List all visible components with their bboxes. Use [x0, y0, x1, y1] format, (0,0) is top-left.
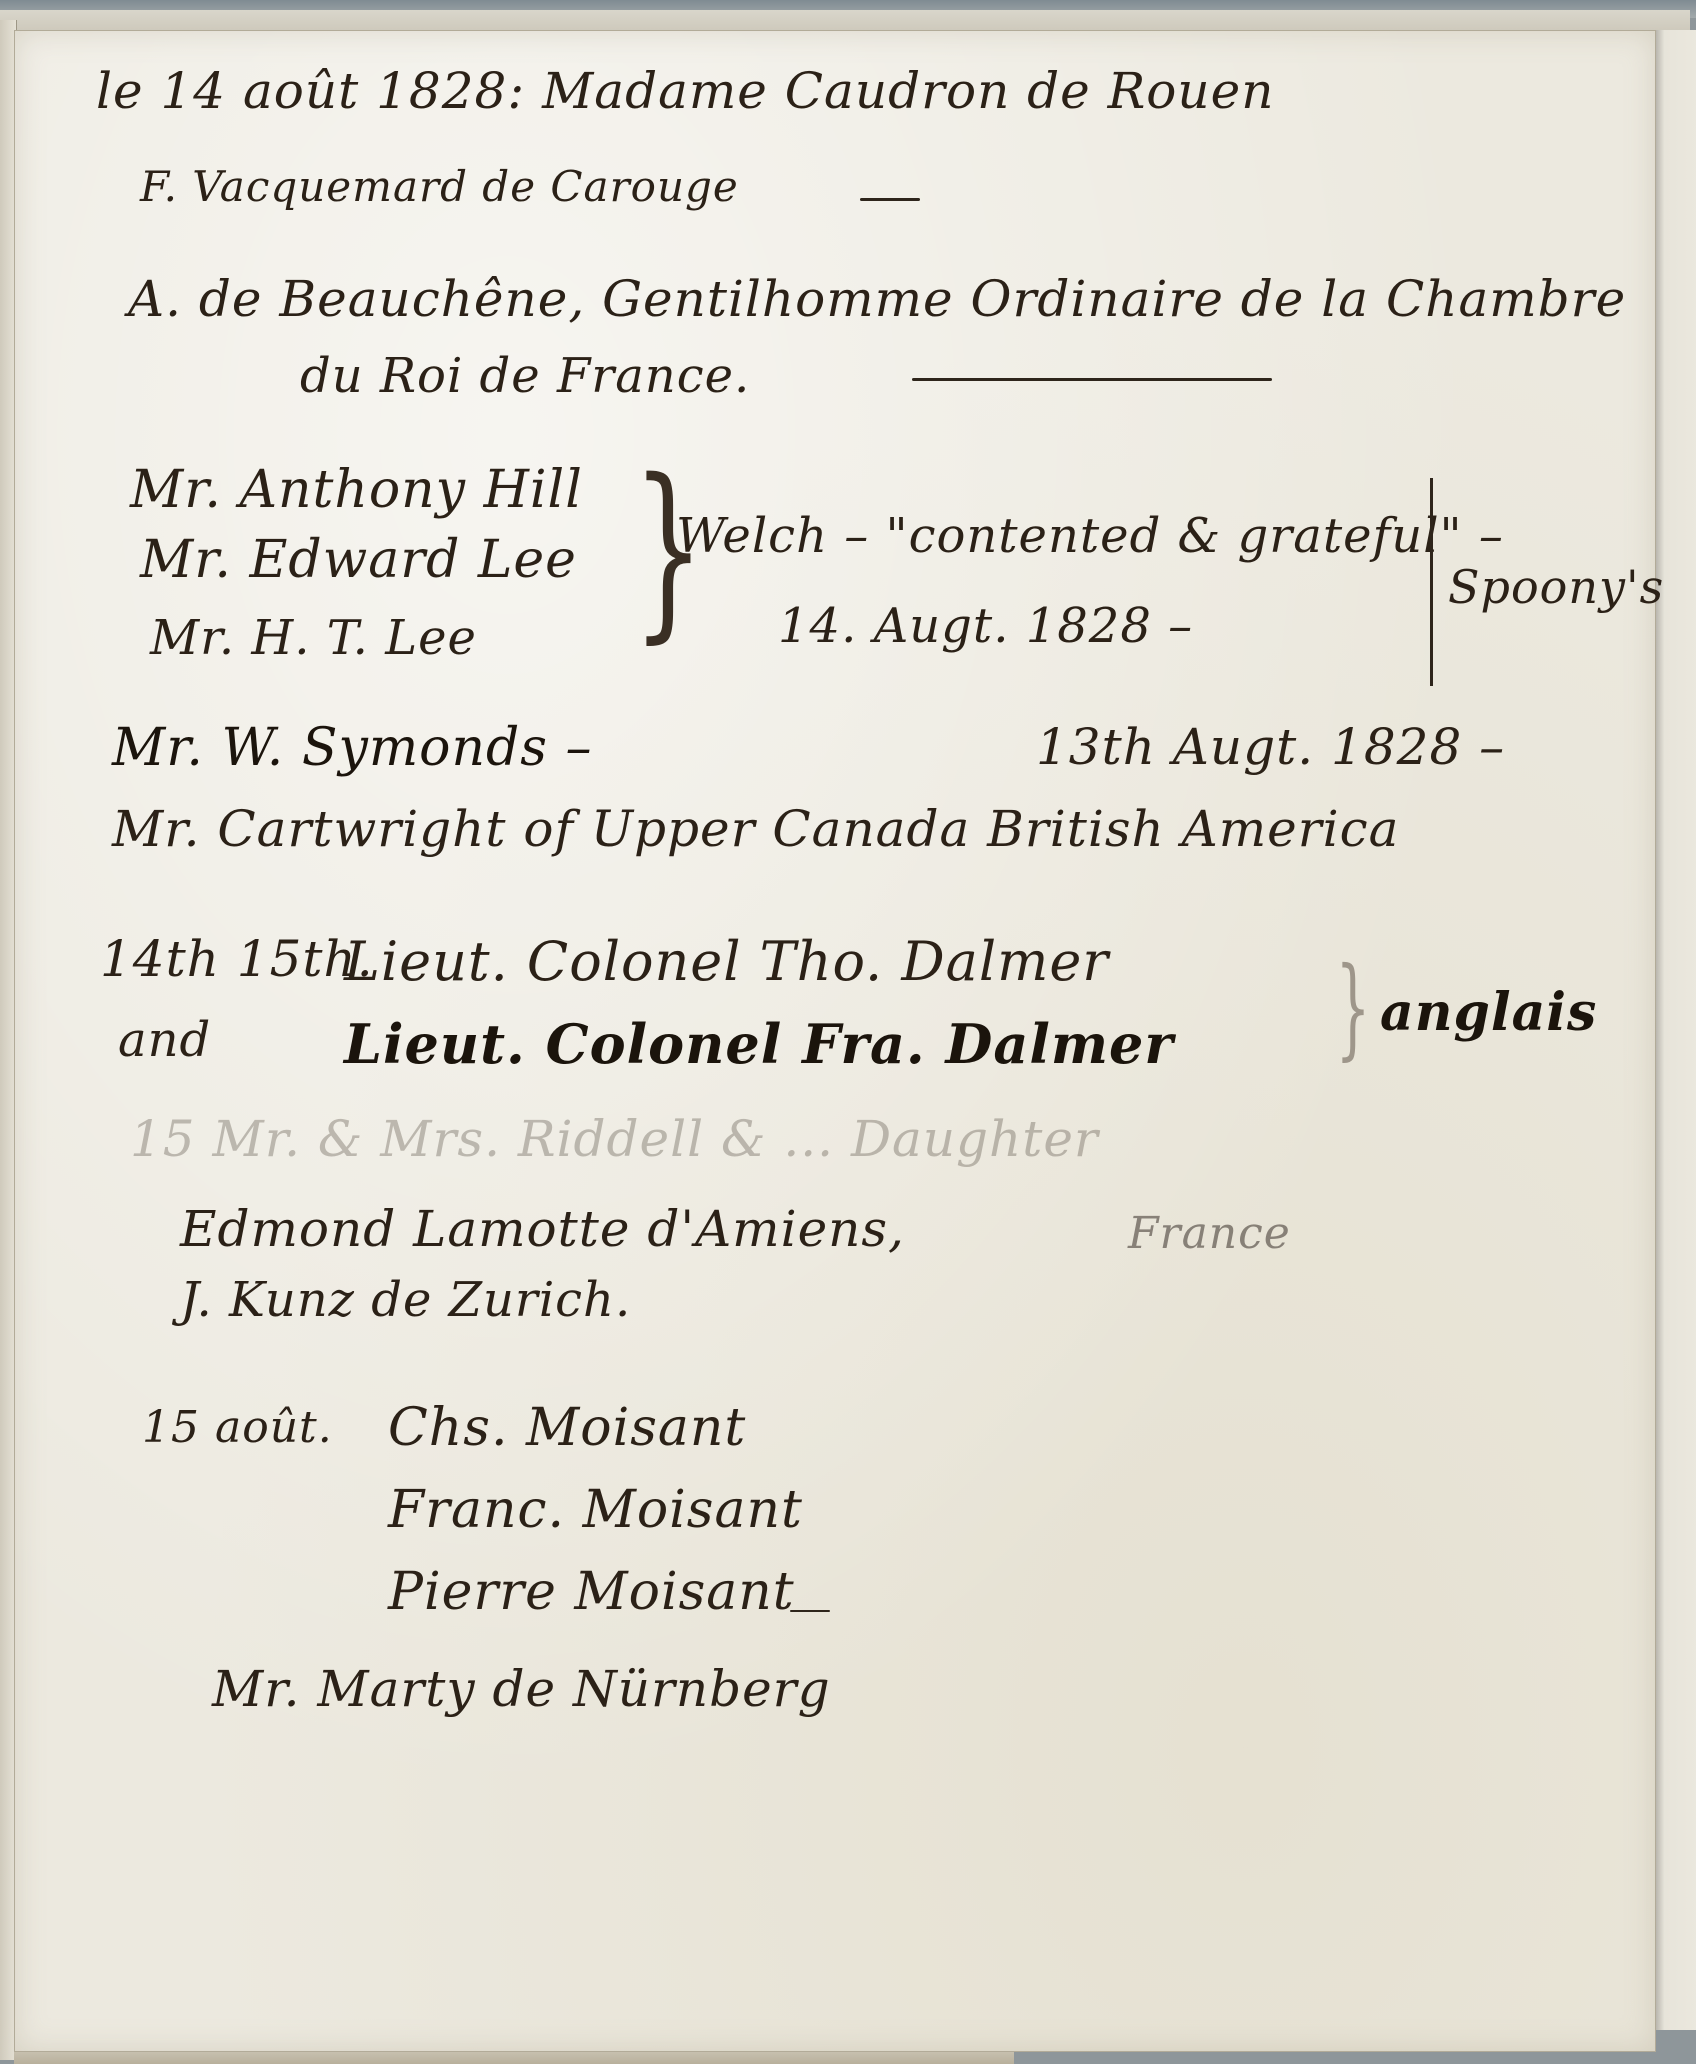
- group-name-2: Mr. Edward Lee: [140, 530, 577, 590]
- entry-date: 15 août.: [142, 1402, 333, 1453]
- side-note-anglais: anglais: [1380, 982, 1597, 1043]
- entry-title-line-1: A. de Beauchêne, Gentilhomme Ordinaire d…: [128, 270, 1626, 328]
- family-name-3: Pierre Moisant: [388, 1562, 795, 1622]
- group-name-3: Mr. H. T. Lee: [150, 610, 477, 666]
- margin-rule: [1430, 478, 1433, 686]
- officer-line-2: Lieut. Colonel Fra. Dalmer: [344, 1012, 1174, 1076]
- group-note: Welch – "contented & grateful" –: [676, 508, 1504, 564]
- dash-mark: [912, 378, 1272, 381]
- entry-date: 13th Augt. 1828 –: [1036, 718, 1505, 776]
- connector-and: and: [118, 1012, 211, 1068]
- family-name-1: Chs. Moisant: [388, 1398, 746, 1458]
- faded-entry: 15 Mr. & Mrs. Riddell & ... Daughter: [130, 1110, 1099, 1168]
- officer-line-1: Lieut. Colonel Tho. Dalmer: [344, 930, 1109, 993]
- entry-name-origin: Mr. Cartwright of Upper Canada British A…: [112, 800, 1399, 858]
- entry-name: F. Vacquemard de Carouge: [140, 162, 739, 211]
- entry-dates: 14th 15th.: [100, 930, 374, 988]
- entry-name-origin: J. Kunz de Zurich.: [180, 1272, 631, 1328]
- entry-name-origin: Mr. Marty de Nürnberg: [212, 1660, 831, 1718]
- group-date: 14. Augt. 1828 –: [778, 598, 1193, 654]
- underline-mark: [790, 1610, 830, 1612]
- side-note-france: France: [1128, 1208, 1291, 1259]
- entry-name-origin: Edmond Lamotte d'Amiens,: [180, 1200, 905, 1258]
- entry-date-and-name: le 14 août 1828: Madame Caudron de Rouen: [96, 62, 1274, 120]
- entry-name: Mr. W. Symonds –: [112, 718, 592, 778]
- side-note-spoonys: Spoony's: [1448, 560, 1664, 614]
- group-name-1: Mr. Anthony Hill: [130, 460, 583, 520]
- family-name-2: Franc. Moisant: [388, 1480, 803, 1540]
- facing-page-edge: [1654, 30, 1696, 2030]
- entry-title-line-2: du Roi de France.: [300, 348, 750, 404]
- dash-mark: [860, 198, 920, 201]
- grouping-brace: }: [1336, 952, 1371, 1062]
